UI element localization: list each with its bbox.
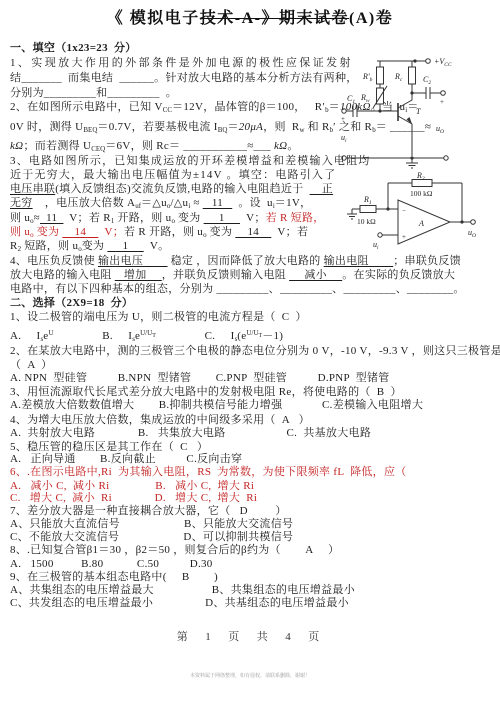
exam-title: 《 模拟电子技术-A-》期末试卷(A)卷 (0, 12, 500, 25)
r2-value: 100 kΩ (410, 189, 433, 198)
transistor-label: T (416, 107, 421, 116)
choice-q2-line1: 2、在某放大电路中，测的三极管三个电极的静态电位分别为 0 V，-10 V，-9… (10, 345, 500, 358)
opamp-circuit-figure: R1 10 kΩ R2 100 kΩ − + A ui uO (340, 172, 490, 252)
rc-label: Rc (394, 72, 403, 83)
choice-q1: 1、设二极管的端电压为 U，则二极管的电流方程是（ C ） (10, 311, 307, 324)
r1-label: R1 (363, 195, 372, 206)
fill-q4-line3: 电路中，有以下四种基本的组态，分别为 _________、_________、_… (10, 283, 465, 296)
choice-q8-options: A. 1500 B.80 C.50 D.30 (10, 558, 213, 571)
ui-label: ui (373, 240, 379, 251)
choice-q2-options: A. NPN 型硅管 B.NPN 型锗管 C.PNP 型硅管 D.PNP 型锗管 (10, 372, 390, 385)
choice-q6-options-cd: C. 增大 C, 减小 Ri D. 增大 C, 增大 Ri (10, 492, 257, 505)
exam-page: 《 模拟电子技术-A-》期末试卷(A)卷一、填空（1x23=23 分）1、实现放… (0, 0, 500, 707)
plus-output-sign: + (440, 98, 444, 106)
choice-q3-options: A.差模放大倍数数值增大 B.抑制共模信号能力增强 C.差模输入电阻增大 (10, 399, 423, 412)
ce-amplifier-circuit-figure: +VCC R′b Rw Rc C1 C2 T ui uO + + (340, 55, 458, 173)
ui-label: ui (341, 133, 347, 144)
fill-q3-line2: 近于无穷大，最大输出电压幅值为±14V 。填空：电路引入了 (10, 169, 336, 182)
section2-heading: 二、选择（2X9=18 分） (10, 297, 133, 310)
choice-q4: 4、为增大电压放大倍数，集成运放的中间级多采用（ A ） (10, 414, 310, 427)
terminal-ui (378, 233, 382, 237)
fill-q1-line1: 1、实现放大作用的外部条件是外加电源的极性应保证发射 (10, 57, 353, 70)
plus-input-sign: + (341, 115, 345, 123)
opamp-label: A (418, 219, 424, 228)
fill-q2-line3: kΩ；而若测得 UCEQ＝6V，则 Rc＝ ___________≈___ kΩ… (10, 140, 299, 156)
choice-q8: 8、.已知复合管β1＝30 ，β2＝50 ，则复合后的β约为（ A ） (10, 544, 339, 557)
choice-q2-line2: （ A ） (10, 359, 52, 372)
fill-q3-line3: 电压串联(填入反馈组态)交流负反馈,电路的输入电阻趋近于 正 (10, 183, 333, 196)
choice-q4-options: A. 共射放大电路 B. 共集放大电路 C. 共基放大电路 (10, 427, 371, 440)
terminal-ground-left (342, 156, 346, 160)
choice-q9-options-ab: A、共集组态的电压增益最大 B、共集组态的电压增益最小 (10, 584, 355, 597)
resistor-symbol-rb (377, 67, 384, 84)
fill-q1-line3: 分别为_________和_________ 。 (10, 87, 177, 100)
fill-q3-line7: R2 短路，则 uo变为 1 V。 (10, 240, 169, 256)
choice-q6: 6、.在图示电路中,Ri 为其输入电阻，RS 为常数，为使下限频率 fL 降低，… (10, 466, 407, 479)
choice-q1-options: A. IseU B. IseU/UT C. Is(eU/UT－1) (10, 327, 283, 346)
choice-q3: 3、用恒流源取代长尾式差分放大电路中的发射极电阻 Re，将使电路的（ B ） (10, 386, 402, 399)
terminal-output (441, 91, 446, 96)
choice-q7-options-ab: A、只能放大直流信号 B、只能放大交流信号 (10, 518, 293, 531)
choice-q9: 9、在三极管的基本组态电路中( B ) (10, 571, 218, 584)
fill-q1-line2: 结_______ 而集电结 ______。针对放大电路的基本分析方法有两种， (10, 72, 358, 85)
choice-q9-options-cd: C、共发组态的电压增益最小 D、共基组态的电压增益最小 (10, 597, 349, 610)
choice-q7: 7、差分放大器是一种直接耦合放大器，它（ D ） (10, 505, 287, 518)
terminal-input (342, 109, 346, 113)
terminal-uo (471, 220, 476, 225)
footer-disclaimer: 本资料属于网络整理，如有侵权，请联系删除，谢谢！ (0, 670, 500, 683)
uo-label: uO (468, 228, 476, 239)
terminal-vcc (426, 59, 431, 64)
fill-q4-line1: 4、电压负反馈使 输出电压 稳定 ，因而降低了放大电路的 输出电阻 ；串联负反馈 (10, 255, 461, 268)
r2-label: R2 (416, 172, 425, 182)
noninverting-input-sign: + (402, 233, 406, 241)
terminal-ground-right (444, 156, 448, 160)
choice-q7-options-cd: C、不能放大交流信号 D、可以抑制共模信号 (10, 531, 293, 544)
inverting-input-sign: − (402, 207, 406, 215)
c1-label: C1 (347, 94, 355, 105)
r1-value: 10 kΩ (357, 217, 376, 226)
choice-q5-options: A. 正向导通 B.反向截止 C.反向击穿 (10, 453, 242, 466)
resistor-symbol-r1 (360, 206, 376, 213)
section1-heading: 一、填空（1x23=23 分） (10, 42, 137, 55)
rw-label: Rw (360, 93, 370, 104)
fill-q3-line4: 无穷 ，电压放大倍数 Auf＝△uo/△ui ≈ 11 。设 ui＝1V， (10, 197, 311, 213)
rb-label: R′b (362, 72, 373, 83)
fill-q3-line1: 3、电路如图所示，已知集成运放的开环差模增益和差模输入电阻均 (10, 155, 371, 168)
c2-label: C2 (423, 75, 431, 86)
uo-label: uO (436, 124, 444, 135)
fill-q4-line2: 放大电路的输入电阻 增加 ，并联负反馈则输入电阻 减小 。在实际的负反馈放大 (10, 269, 455, 282)
vcc-label: +VCC (434, 57, 452, 68)
resistor-symbol-rc (409, 67, 416, 84)
page-number: 第 1 页 共 4 页 (0, 631, 500, 644)
